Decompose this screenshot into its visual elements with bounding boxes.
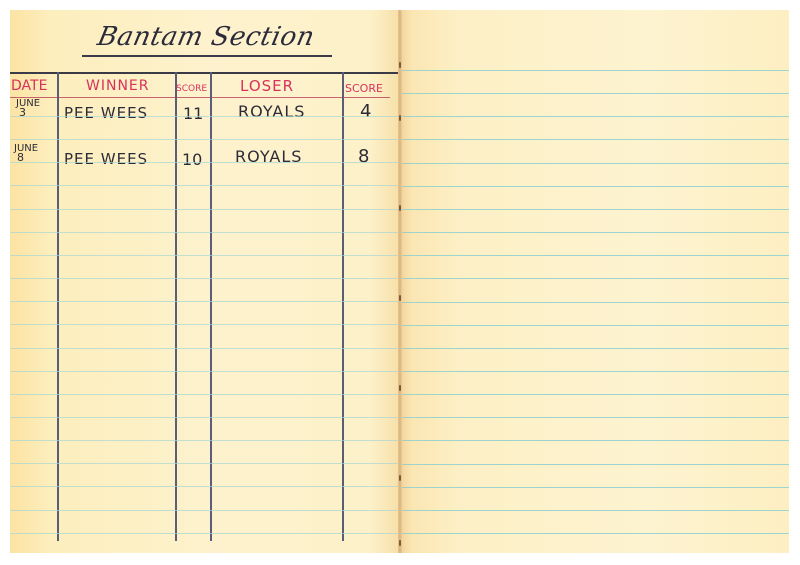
binding-stitch	[399, 295, 401, 301]
row-2-winner-score: 10	[182, 150, 202, 169]
ruled-line	[400, 487, 789, 488]
ruled-line	[400, 348, 789, 349]
ruled-line	[400, 186, 789, 187]
ruled-line	[400, 93, 789, 94]
ruled-line	[400, 440, 789, 441]
ruled-line	[400, 371, 789, 372]
ruled-line	[400, 209, 789, 210]
ruled-line	[400, 232, 789, 233]
ruled-line	[400, 464, 789, 465]
ruled-line	[10, 324, 400, 325]
column-divider-loser	[342, 72, 344, 541]
ruled-line	[10, 116, 400, 117]
row-1-loser: ROYALS	[238, 102, 305, 121]
binding-stitch	[399, 475, 401, 481]
ruled-line	[400, 394, 789, 395]
row-1-winner-score: 11	[183, 104, 203, 123]
ruled-line	[10, 255, 400, 256]
column-divider-winner-score	[210, 72, 212, 541]
header-loser-score: SCORE	[345, 82, 383, 95]
row-1-loser-score: 4	[360, 101, 371, 122]
ruled-line	[10, 232, 400, 233]
header-date: DATE	[11, 78, 47, 94]
header-bottom-rule	[10, 97, 390, 98]
ruled-line	[10, 301, 400, 302]
header-winner-score: SCORE	[176, 84, 207, 94]
binding-stitch	[399, 205, 401, 211]
row-2-day: 8	[14, 153, 38, 162]
ruled-line	[400, 278, 789, 279]
binding-stitch	[399, 62, 401, 68]
ruled-line	[10, 394, 400, 395]
row-2-date: JUNE 8	[14, 144, 38, 162]
ruled-line	[400, 510, 789, 511]
left-page: Bantam Section DATE WINNER SCORE LOSER S…	[10, 10, 400, 553]
page-title: Bantam Section	[95, 22, 318, 52]
column-divider-date	[57, 72, 59, 541]
notebook-spread: Bantam Section DATE WINNER SCORE LOSER S…	[10, 10, 789, 553]
column-divider-winner	[175, 72, 177, 541]
binding-stitch	[399, 385, 401, 391]
binding-stitch	[399, 115, 401, 121]
ruled-line	[10, 209, 400, 210]
ruled-line	[400, 116, 789, 117]
ruled-line	[10, 185, 400, 186]
row-1-winner: PEE WEES	[64, 104, 148, 122]
title-underline	[82, 55, 332, 57]
ruled-line	[400, 417, 789, 418]
ruled-line	[400, 325, 789, 326]
ruled-line	[10, 348, 400, 349]
right-page	[400, 10, 789, 553]
row-2-loser-score: 8	[358, 146, 369, 167]
notebook-spine	[398, 10, 402, 553]
binding-stitch	[399, 540, 401, 546]
ruled-line	[10, 440, 400, 441]
ruled-line	[400, 70, 789, 71]
ruled-line	[10, 463, 400, 464]
ruled-line	[10, 533, 400, 534]
header-winner: WINNER	[86, 78, 150, 94]
ruled-line	[10, 486, 400, 487]
ruled-line	[10, 371, 400, 372]
row-1-date: JUNE 3	[16, 99, 40, 117]
header-loser: LOSER	[240, 77, 294, 95]
ruled-line	[10, 417, 400, 418]
ruled-line	[400, 302, 789, 303]
ruled-line	[10, 278, 400, 279]
ruled-line	[10, 162, 400, 163]
ruled-line	[400, 163, 789, 164]
ruled-line	[10, 510, 400, 511]
ruled-line	[400, 255, 789, 256]
ruled-line	[400, 139, 789, 140]
row-2-winner: PEE WEES	[64, 150, 148, 168]
ruled-line	[10, 139, 400, 140]
ruled-line	[400, 533, 789, 534]
